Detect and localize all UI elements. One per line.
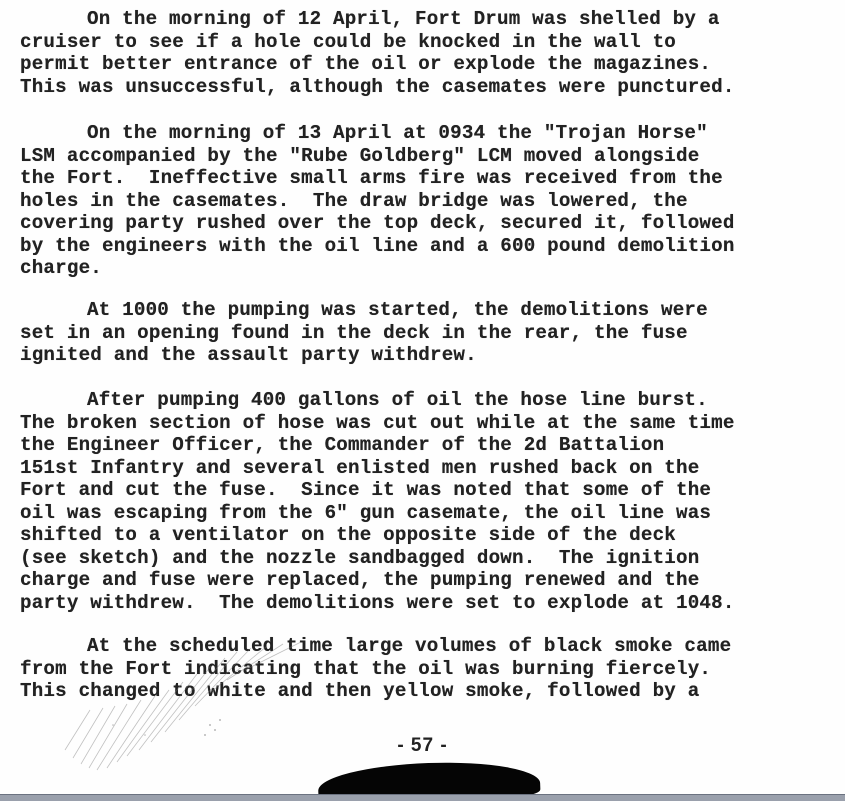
text-line: charge and fuse were replaced, the pumpi… bbox=[20, 569, 840, 592]
text-line: holes in the casemates. The draw bridge … bbox=[20, 190, 840, 213]
text-line: On the morning of 13 April at 0934 the "… bbox=[20, 122, 840, 145]
text-line: ignited and the assault party withdrew. bbox=[20, 344, 840, 367]
text-line: LSM accompanied by the "Rube Goldberg" L… bbox=[20, 145, 840, 168]
text-line: party withdrew. The demolitions were set… bbox=[20, 592, 840, 615]
text-line: (see sketch) and the nozzle sandbagged d… bbox=[20, 547, 840, 570]
text-line: by the engineers with the oil line and a… bbox=[20, 235, 840, 258]
text-line: Fort and cut the fuse. Since it was note… bbox=[20, 479, 840, 502]
text-line: permit better entrance of the oil or exp… bbox=[20, 53, 840, 76]
text-line: charge. bbox=[20, 257, 840, 280]
document-page: On the morning of 12 April, Fort Drum wa… bbox=[0, 0, 845, 795]
text-line: cruiser to see if a hole could be knocke… bbox=[20, 31, 840, 54]
text-line: the Engineer Officer, the Commander of t… bbox=[20, 434, 840, 457]
text-line: covering party rushed over the top deck,… bbox=[20, 212, 840, 235]
paragraph-pumping-started: At 1000 the pumping was started, the dem… bbox=[20, 299, 840, 367]
text-line: This changed to white and then yellow sm… bbox=[20, 680, 840, 703]
text-line: At 1000 the pumping was started, the dem… bbox=[20, 299, 840, 322]
text-line: After pumping 400 gallons of oil the hos… bbox=[20, 389, 840, 412]
text-line: At the scheduled time large volumes of b… bbox=[20, 635, 840, 658]
viewer-bottom-edge bbox=[0, 794, 845, 801]
text-line: 151st Infantry and several enlisted men … bbox=[20, 457, 840, 480]
paragraph-trojan-horse-13-april: On the morning of 13 April at 0934 the "… bbox=[20, 122, 840, 280]
text-line: This was unsuccessful, although the case… bbox=[20, 76, 840, 99]
paragraph-black-smoke: At the scheduled time large volumes of b… bbox=[20, 635, 840, 703]
text-line: The broken section of hose was cut out w… bbox=[20, 412, 840, 435]
page-number: - 57 - bbox=[0, 735, 845, 757]
text-line: set in an opening found in the deck in t… bbox=[20, 322, 840, 345]
paragraph-hose-burst: After pumping 400 gallons of oil the hos… bbox=[20, 389, 840, 614]
text-line: On the morning of 12 April, Fort Drum wa… bbox=[20, 8, 840, 31]
text-line: oil was escaping from the 6" gun casemat… bbox=[20, 502, 840, 525]
text-line: the Fort. Ineffective small arms fire wa… bbox=[20, 167, 840, 190]
text-line: from the Fort indicating that the oil wa… bbox=[20, 658, 840, 681]
paragraph-shelling-12-april: On the morning of 12 April, Fort Drum wa… bbox=[20, 8, 840, 98]
text-line: shifted to a ventilator on the opposite … bbox=[20, 524, 840, 547]
